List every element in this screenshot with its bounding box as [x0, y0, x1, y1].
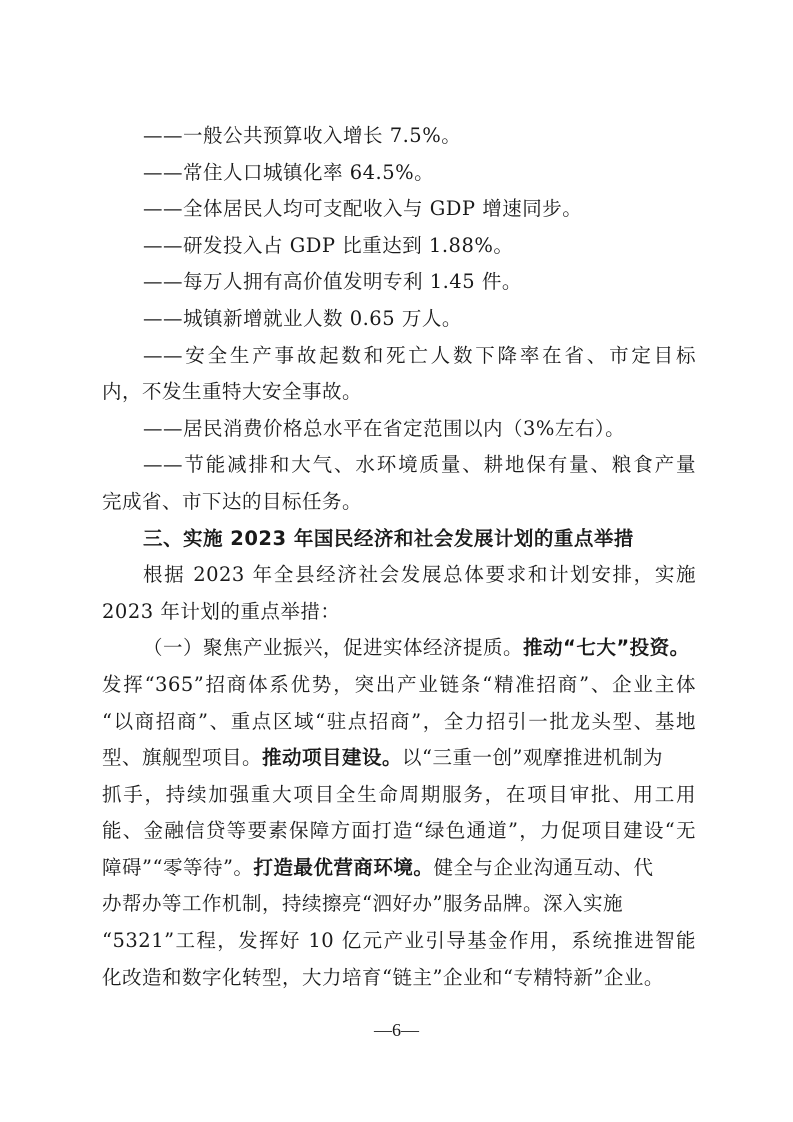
- cpi-target-line: ——居民消费价格总水平在省定范围以内（3%左右）。: [102, 411, 696, 448]
- document-page: ——一般公共预算收入增长 7.5%。 ——常住人口城镇化率 64.5%。 ——全…: [102, 118, 696, 996]
- measure-paragraph-line: 能、金融信贷等要素保障方面打造“绿色通道”，力促项目建设“无: [102, 813, 696, 850]
- safety-target-line1: ——安全生产事故起数和死亡人数下降率在省、市定目标: [102, 338, 696, 375]
- energy-target-line2: 完成省、市下达的目标任务。: [102, 484, 696, 521]
- measure-paragraph-line: 发挥“365”招商体系优势，突出产业链条“精准招商”、企业主体: [102, 667, 696, 704]
- page-number: —6—: [0, 1020, 793, 1041]
- measure-paragraph-line: （一）聚焦产业振兴，促进实体经济提质。推动“七大”投资。: [102, 630, 696, 667]
- measure-paragraph-line: “以商招商”、重点区域“驻点招商”，全力招引一批龙头型、基地: [102, 704, 696, 741]
- target-line: ——每万人拥有高价值发明专利 1.45 件。: [102, 264, 696, 301]
- measure-title: （一）聚焦产业振兴，促进实体经济提质。: [143, 636, 523, 659]
- measure-paragraph-line: “5321”工程，发挥好 10 亿元产业引导基金作用，系统推进智能: [102, 923, 696, 960]
- safety-target-line2: 内，不发生重特大安全事故。: [102, 374, 696, 411]
- bold-subheading: 打造最优营商环境。: [253, 856, 433, 879]
- intro-line2: 2023 年计划的重点举措：: [102, 594, 696, 631]
- target-line: ——常住人口城镇化率 64.5%。: [102, 155, 696, 192]
- section-heading: 三、实施 2023 年国民经济和社会发展计划的重点举措: [102, 521, 696, 558]
- measure-paragraph-line: 障碍”“零等待”。打造最优营商环境。健全与企业沟通互动、代: [102, 850, 696, 887]
- measure-paragraph-line: 办帮办等工作机制，持续擦亮“泗好办”服务品牌。深入实施: [102, 886, 696, 923]
- text-span: 以“三重一创”观摩推进机制为: [402, 746, 663, 769]
- bold-subheading: 推动“七大”投资。: [523, 636, 690, 659]
- target-line: ——研发投入占 GDP 比重达到 1.88%。: [102, 228, 696, 265]
- measure-paragraph-line: 化改造和数字化转型，大力培育“链主”企业和“专精特新”企业。: [102, 960, 696, 997]
- bold-subheading: 推动项目建设。: [262, 746, 402, 769]
- measure-paragraph-line: 抓手，持续加强重大项目全生命周期服务，在项目审批、用工用: [102, 777, 696, 814]
- intro-line1: 根据 2023 年全县经济社会发展总体要求和计划安排，实施: [102, 557, 696, 594]
- energy-target-line1: ——节能减排和大气、水环境质量、耕地保有量、粮食产量: [102, 447, 696, 484]
- measure-paragraph-line: 型、旗舰型项目。推动项目建设。以“三重一创”观摩推进机制为: [102, 740, 696, 777]
- target-line: ——全体居民人均可支配收入与 GDP 增速同步。: [102, 191, 696, 228]
- text-span: 型、旗舰型项目。: [102, 746, 262, 769]
- target-line: ——一般公共预算收入增长 7.5%。: [102, 118, 696, 155]
- target-line: ——城镇新增就业人数 0.65 万人。: [102, 301, 696, 338]
- text-span: 健全与企业沟通互动、代: [433, 856, 653, 879]
- text-span: 障碍”“零等待”。: [102, 856, 253, 879]
